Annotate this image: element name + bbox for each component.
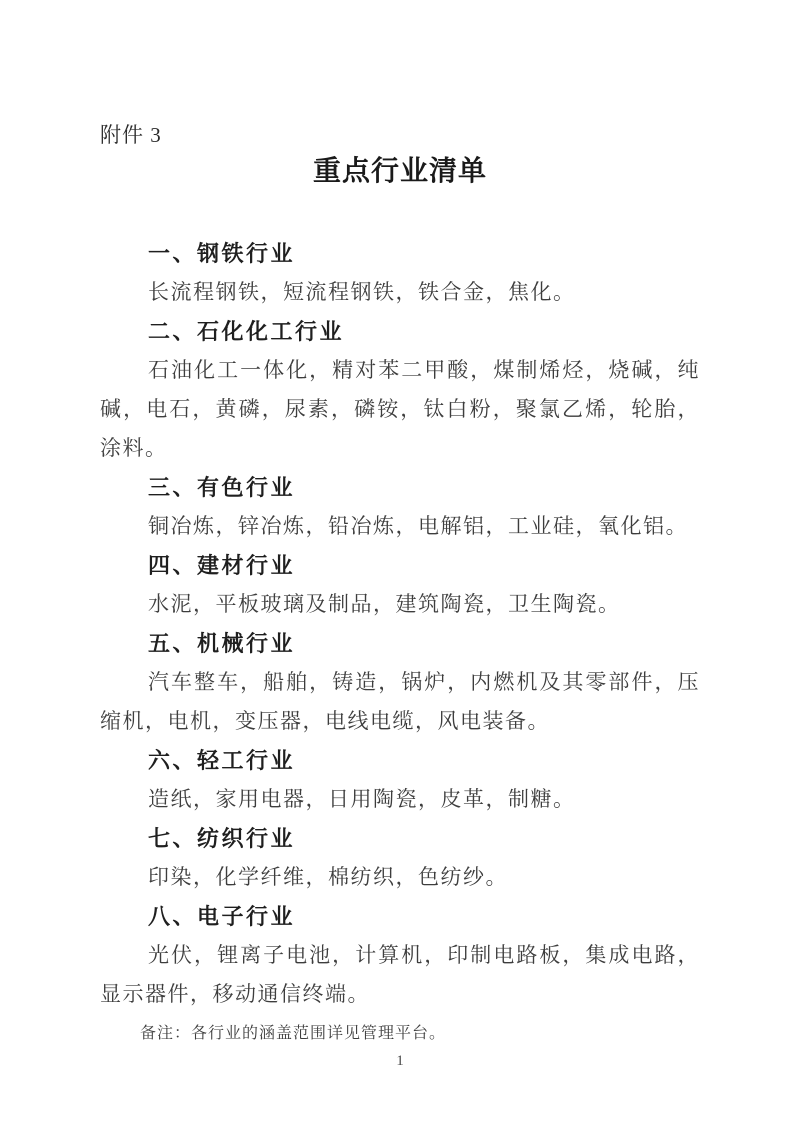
section-heading: 四、建材行业 (100, 546, 700, 585)
note-line: 备注：各行业的涵盖范围详见管理平台。 (140, 1014, 700, 1053)
section-heading: 五、机械行业 (100, 624, 700, 663)
industry-section-petrochemical: 二、石化化工行业 石油化工一体化，精对苯二甲酸，煤制烯烃，烧碱，纯碱，电石，黄磷… (100, 312, 700, 468)
section-body: 铜冶炼，锌冶炼，铅冶炼，电解铝，工业硅，氧化铝。 (100, 507, 700, 546)
industry-section-steel: 一、钢铁行业 长流程钢铁，短流程钢铁，铁合金，焦化。 (100, 234, 700, 312)
section-body: 石油化工一体化，精对苯二甲酸，煤制烯烃，烧碱，纯碱，电石，黄磷，尿素，磷铵，钛白… (100, 351, 700, 468)
industry-section-electronics: 八、电子行业 光伏，锂离子电池，计算机，印制电路板，集成电路，显示器件，移动通信… (100, 897, 700, 1014)
page-number: 1 (0, 1052, 800, 1070)
attachment-label: 附件 3 (100, 120, 700, 150)
section-heading: 三、有色行业 (100, 468, 700, 507)
section-heading: 八、电子行业 (100, 897, 700, 936)
section-body: 印染，化学纤维，棉纺织，色纺纱。 (100, 858, 700, 897)
section-body: 汽车整车，船舶，铸造，锅炉，内燃机及其零部件，压缩机，电机，变压器，电线电缆，风… (100, 663, 700, 741)
document-content: 附件 3 重点行业清单 一、钢铁行业 长流程钢铁，短流程钢铁，铁合金，焦化。 二… (100, 120, 700, 1053)
industry-section-building-materials: 四、建材行业 水泥，平板玻璃及制品，建筑陶瓷，卫生陶瓷。 (100, 546, 700, 624)
industry-section-machinery: 五、机械行业 汽车整车，船舶，铸造，锅炉，内燃机及其零部件，压缩机，电机，变压器… (100, 624, 700, 741)
document-page: 附件 3 重点行业清单 一、钢铁行业 长流程钢铁，短流程钢铁，铁合金，焦化。 二… (0, 0, 800, 1134)
section-list: 一、钢铁行业 长流程钢铁，短流程钢铁，铁合金，焦化。 二、石化化工行业 石油化工… (100, 234, 700, 1014)
section-heading: 一、钢铁行业 (100, 234, 700, 273)
section-heading: 二、石化化工行业 (100, 312, 700, 351)
industry-section-nonferrous: 三、有色行业 铜冶炼，锌冶炼，铅冶炼，电解铝，工业硅，氧化铝。 (100, 468, 700, 546)
industry-section-light-industry: 六、轻工行业 造纸，家用电器，日用陶瓷，皮革，制糖。 (100, 741, 700, 819)
section-heading: 七、纺织行业 (100, 819, 700, 858)
section-body: 长流程钢铁，短流程钢铁，铁合金，焦化。 (100, 273, 700, 312)
section-body: 光伏，锂离子电池，计算机，印制电路板，集成电路，显示器件，移动通信终端。 (100, 936, 700, 1014)
section-body: 造纸，家用电器，日用陶瓷，皮革，制糖。 (100, 780, 700, 819)
page-title: 重点行业清单 (100, 152, 700, 192)
section-body: 水泥，平板玻璃及制品，建筑陶瓷，卫生陶瓷。 (100, 585, 700, 624)
industry-section-textile: 七、纺织行业 印染，化学纤维，棉纺织，色纺纱。 (100, 819, 700, 897)
section-heading: 六、轻工行业 (100, 741, 700, 780)
